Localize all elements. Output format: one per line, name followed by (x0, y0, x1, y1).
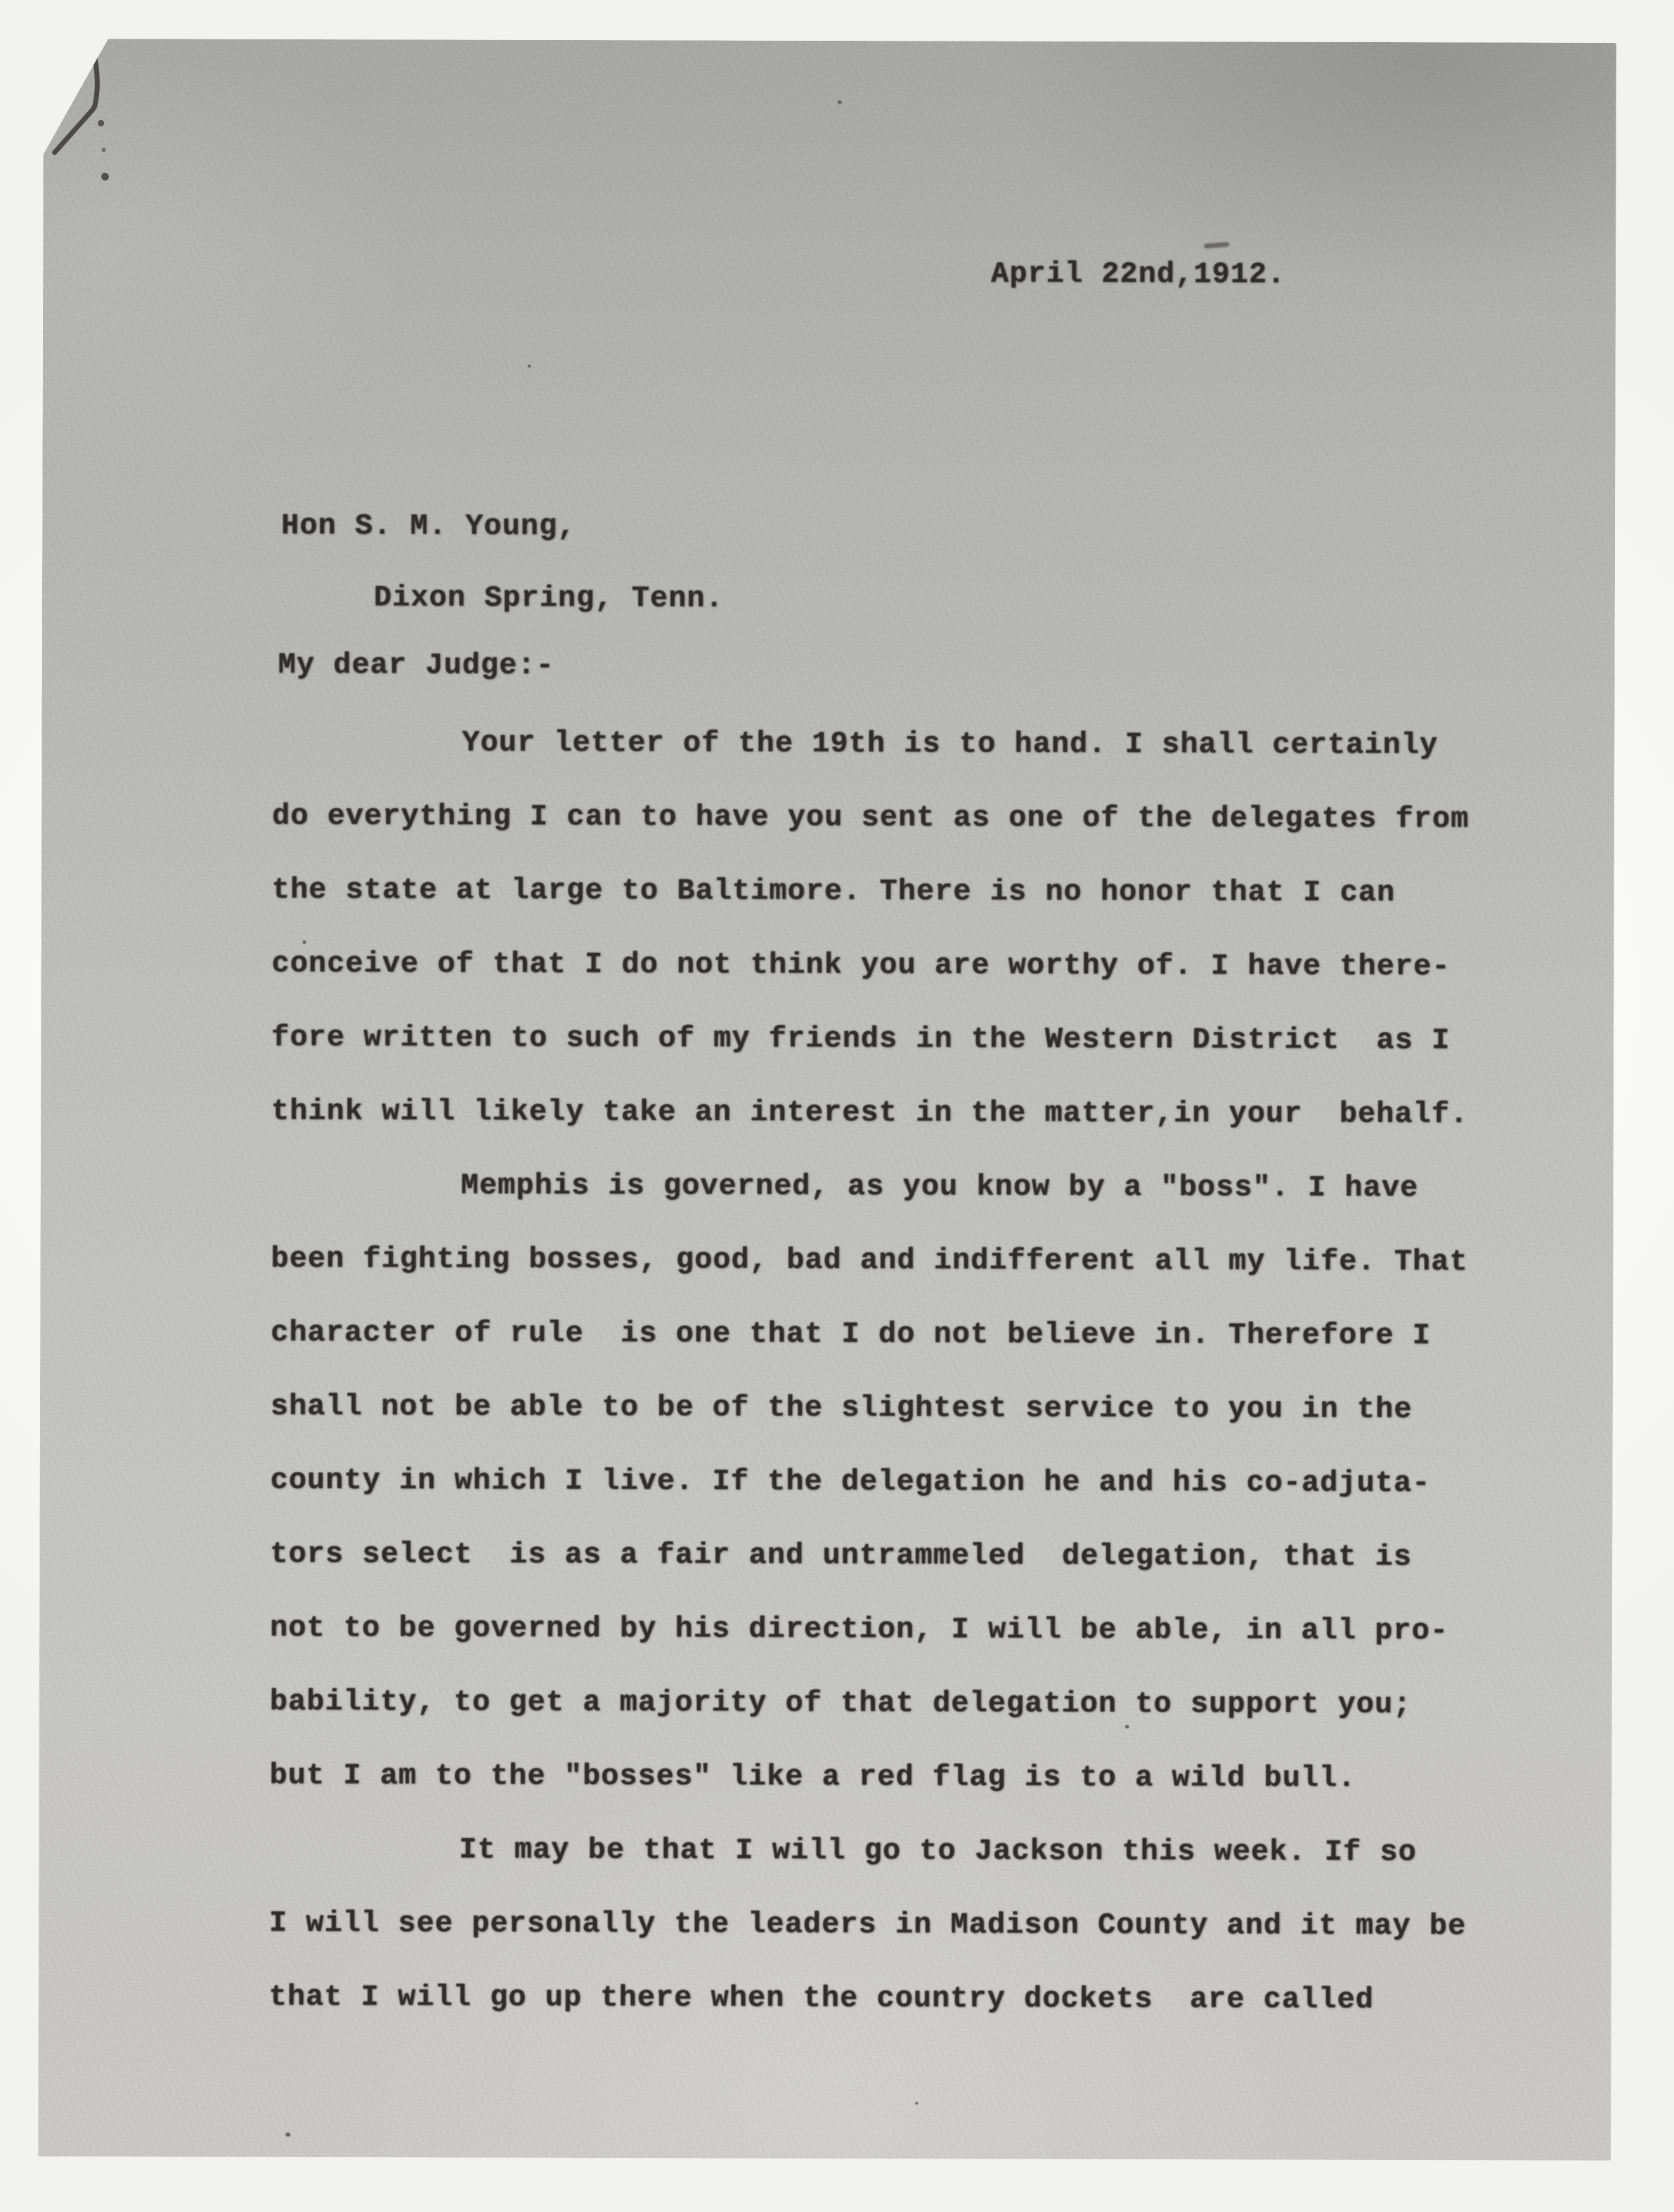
letter-line: I will see personally the leaders in Mad… (269, 1887, 1534, 1964)
letter-line: shall not be able to be of the slightest… (271, 1370, 1536, 1447)
paper-speck (528, 365, 531, 368)
letter-line: It may be that I will go to Jackson this… (269, 1813, 1534, 1890)
letter-line: Your letter of the 19th is to hand. I sh… (272, 706, 1537, 783)
scanned-letter-background: April 22nd,1912. Hon S. M. Young, Dixon … (0, 0, 1674, 2212)
letter-line: conceive of that I do not think you are … (271, 927, 1536, 1004)
letter-body: Your letter of the 19th is to hand. I sh… (269, 706, 1538, 2038)
letter-line: that I will go up there when the country… (269, 1960, 1534, 2038)
letter-paragraph: Your letter of the 19th is to hand. I sh… (271, 706, 1538, 1152)
letter-line: character of rule is one that I do not b… (271, 1296, 1536, 1373)
letter-page: April 22nd,1912. Hon S. M. Young, Dixon … (38, 39, 1616, 2161)
letter-line: been fighting bosses, good, bad and indi… (271, 1222, 1536, 1300)
salutation-line: My dear Judge:- (278, 648, 554, 683)
recipient-address: Dixon Spring, Tenn. (374, 581, 724, 615)
letter-line: the state at large to Baltimore. There i… (272, 853, 1537, 931)
recipient-name: Hon S. M. Young, (281, 509, 576, 543)
paper-speck (838, 101, 842, 104)
letter-line: county in which I live. If the delegatio… (270, 1444, 1535, 1521)
letter-line: do everything I can to have you sent as … (272, 780, 1537, 857)
letter-line: fore written to such of my friends in th… (271, 1001, 1536, 1078)
letter-line: think will likely take an interest in th… (271, 1075, 1536, 1152)
letter-line: Memphis is governed, as you know by a "b… (271, 1149, 1536, 1226)
stray-ink-mark (1204, 242, 1229, 249)
letter-line: bability, to get a majority of that dele… (270, 1665, 1535, 1742)
letter-paragraph: It may be that I will go to Jackson this… (269, 1813, 1535, 2038)
letter-paragraph: Memphis is governed, as you know by a "b… (269, 1149, 1536, 1816)
date-line: April 22nd,1912. (991, 257, 1285, 292)
letter-line: tors select is as a fair and untrammeled… (270, 1518, 1535, 1595)
letter-line: but I am to the "bosses" like a red flag… (269, 1739, 1534, 1816)
paper-speck (915, 2102, 918, 2104)
letter-line: not to be governed by his direction, I w… (270, 1591, 1535, 1669)
corner-crease-mark (43, 39, 191, 229)
paper-speck (285, 2133, 290, 2137)
